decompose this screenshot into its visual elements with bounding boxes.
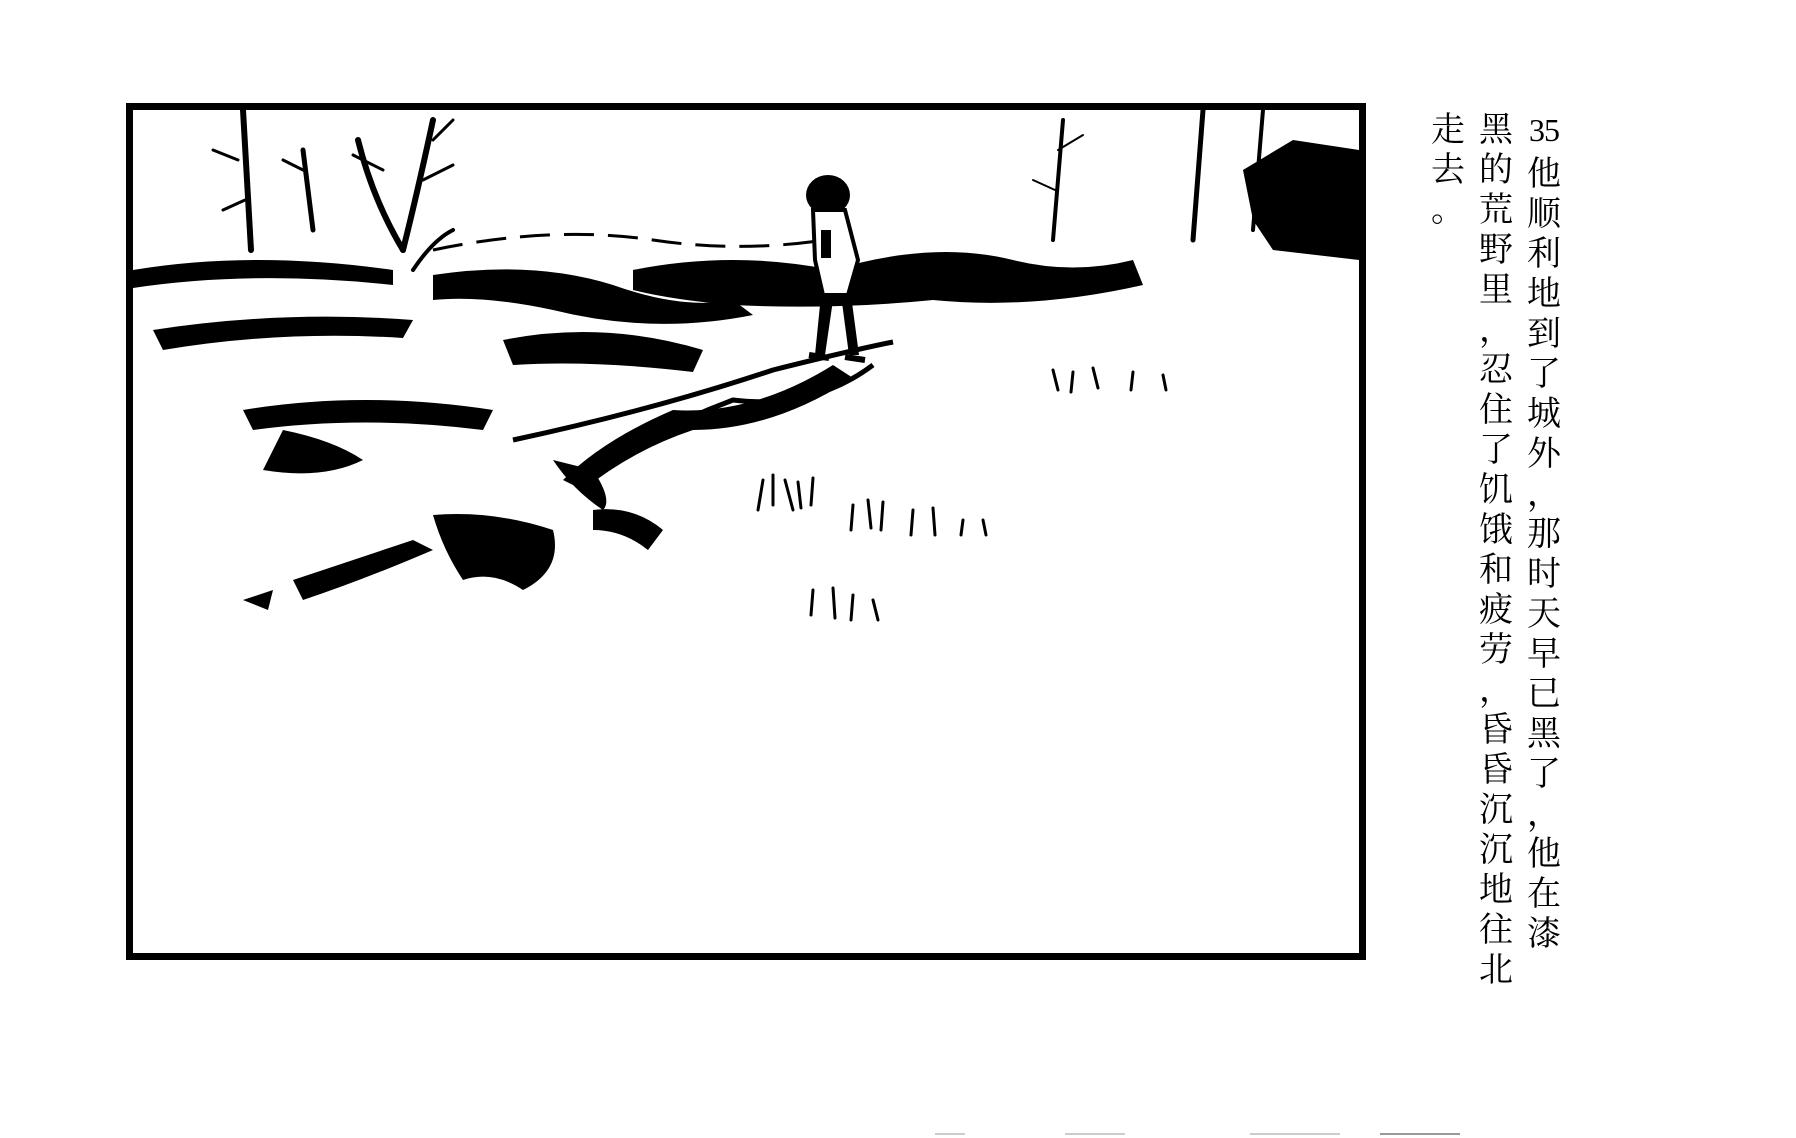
caption-char: 黑 [1524,714,1564,754]
caption-char: 往 [1476,910,1516,950]
caption-char: 住 [1476,390,1516,430]
caption-char: 了 [1476,430,1516,470]
caption-char: 的 [1476,150,1516,190]
scan-noise [1380,1133,1460,1135]
caption-char: 忍 [1476,350,1516,390]
caption-char: 外 [1524,434,1564,474]
caption-char: 饥 [1476,470,1516,510]
caption-char: ， [1524,474,1564,514]
ink-illustration [133,110,1359,953]
scan-noise [935,1133,965,1135]
grass-tufts [758,368,1166,620]
scan-noise [1250,1133,1340,1135]
caption-char: ， [1476,670,1516,710]
bare-trees-right-icon [1033,110,1263,240]
caption-text: 35 他顺利地到了城外，那时天早已黑了，他在漆 黑的荒野里，忍住了饥饿和疲劳，昏… [1428,110,1564,1010]
panel-number: 35 [1524,110,1564,154]
caption-char: ， [1476,310,1516,350]
caption-char: 野 [1476,230,1516,270]
caption-char: 走 [1428,110,1468,150]
caption-char: 城 [1524,394,1564,434]
caption-char: 他 [1524,154,1564,194]
walking-boy-figure [806,175,865,360]
caption-char: 地 [1524,274,1564,314]
caption-line-1: 他顺利地到了城外，那时天早已黑了，他在漆 [1524,154,1564,954]
scan-noise [1065,1133,1125,1135]
caption-char: 去 [1428,150,1468,190]
caption-char: 了 [1524,754,1564,794]
caption-char: 和 [1476,550,1516,590]
dark-hedge [633,252,1143,307]
caption-char: 荒 [1476,190,1516,230]
caption-char: 漆 [1524,914,1564,954]
caption-char: ， [1524,794,1564,834]
caption-char: 沉 [1476,830,1516,870]
caption-char: 饿 [1476,510,1516,550]
caption-char: 北 [1476,950,1516,990]
caption-char: 天 [1524,594,1564,634]
caption-char: 顺 [1524,194,1564,234]
caption-char: 沉 [1476,790,1516,830]
caption-char: 了 [1524,354,1564,394]
caption-char: 昏 [1476,750,1516,790]
bare-trees-left-icon [213,110,453,270]
caption-char: 到 [1524,314,1564,354]
caption-line-3: 走去。 [1428,110,1468,1010]
caption-char: 地 [1476,870,1516,910]
caption-char: 早 [1524,634,1564,674]
caption-char: 里 [1476,270,1516,310]
caption-char: 那 [1524,514,1564,554]
caption-char: 疲 [1476,590,1516,630]
caption-line-2: 黑的荒野里，忍住了饥饿和疲劳，昏昏沉沉地往北 [1476,110,1516,1010]
caption-char: 已 [1524,674,1564,714]
caption-column-1: 35 他顺利地到了城外，那时天早已黑了，他在漆 [1524,110,1564,1010]
caption-char: 昏 [1476,710,1516,750]
caption-char: 。 [1428,190,1468,230]
caption-char: 劳 [1476,630,1516,670]
caption-char: 利 [1524,234,1564,274]
caption-char: 他 [1524,834,1564,874]
caption-char: 在 [1524,874,1564,914]
caption-char: 时 [1524,554,1564,594]
caption-char: 黑 [1476,110,1516,150]
illustration-panel [126,103,1366,960]
